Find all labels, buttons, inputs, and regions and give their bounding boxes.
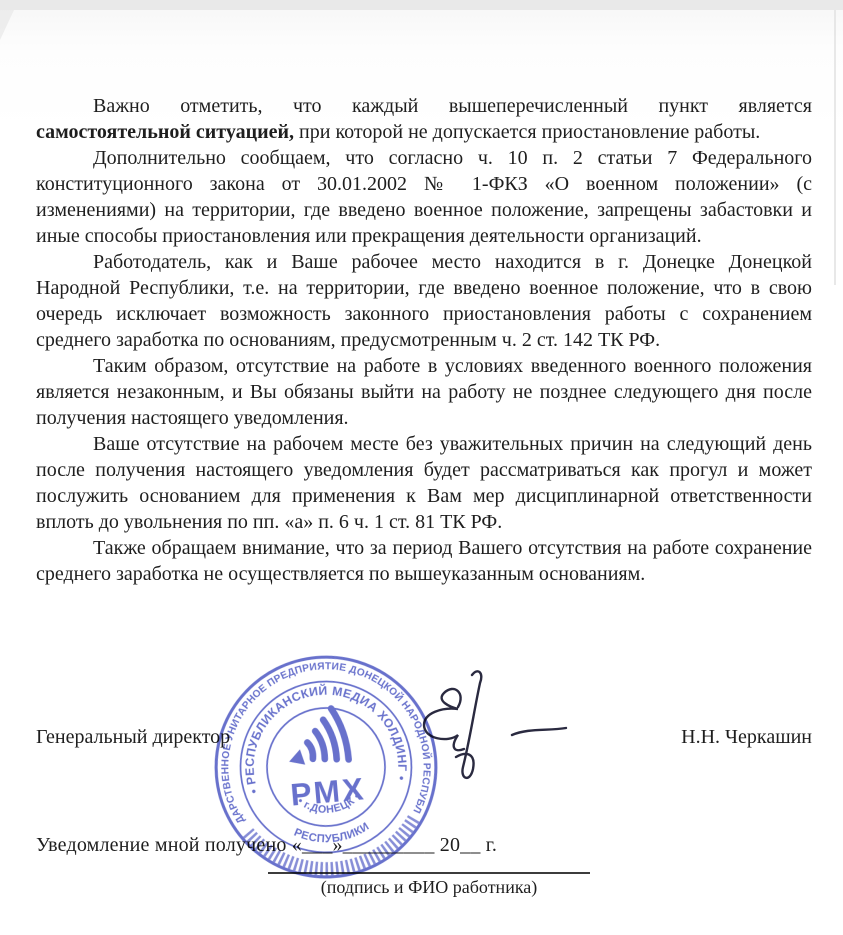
radio-waves-icon xyxy=(277,707,352,778)
paragraph-law-reference: Дополнительно сообщаем, что согласно ч. … xyxy=(36,145,812,249)
paragraph-salary-note: Также обращаем внимание, что за период В… xyxy=(36,535,812,587)
stamp-hatch-band xyxy=(248,818,418,876)
paragraph-bold-text: самостоятельной ситуацией, xyxy=(36,121,294,143)
director-signature-icon xyxy=(400,655,605,805)
paragraph-text: Важно отметить, что каждый вышеперечисле… xyxy=(93,95,812,117)
paragraph-absence-consequences: Ваше отсутствие на рабочем месте без ува… xyxy=(36,431,812,535)
letter-body: Важно отметить, что каждый вышеперечисле… xyxy=(36,93,812,587)
photo-top-edge xyxy=(0,0,843,10)
photo-corner-shadow xyxy=(0,10,14,40)
paragraph-obligation: Таким образом, отсутствие на работе в ус… xyxy=(36,353,812,431)
paragraph-important: Важно отметить, что каждый вышеперечисле… xyxy=(36,93,812,145)
signer-title: Генеральный директор xyxy=(36,726,230,749)
photo-right-edge xyxy=(834,10,836,285)
signer-name: Н.Н. Черкашин xyxy=(681,726,812,749)
document-page: Важно отметить, что каждый вышеперечисле… xyxy=(0,0,843,935)
paragraph-employer-location: Работодатель, как и Ваше рабочее место н… xyxy=(36,249,812,353)
paragraph-text: при которой не допускается приостановлен… xyxy=(294,121,760,143)
